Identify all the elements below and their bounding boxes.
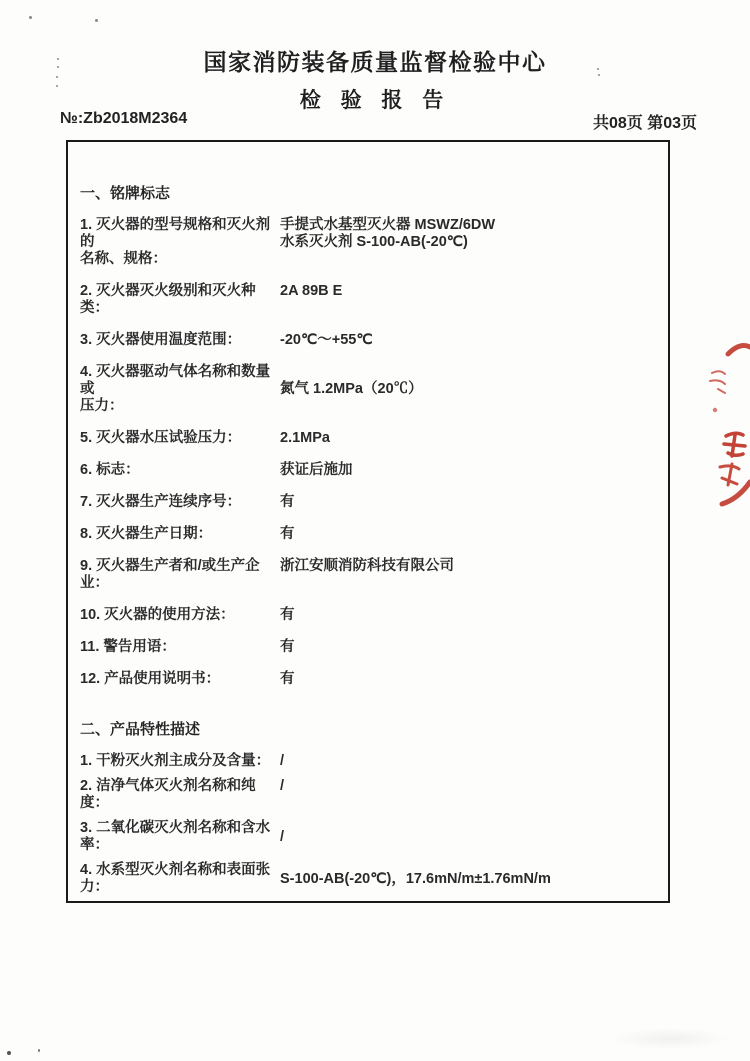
field-label: 4. 灭火器驱动气体名称和数量或 压力： xyxy=(80,364,280,415)
spec-row: 2. 洁净气体灭火剂名称和纯度： / xyxy=(80,778,656,812)
field-label: 9. 灭火器生产者和/或生产企业： xyxy=(80,558,280,592)
scan-speck xyxy=(56,76,58,78)
field-label: 1. 灭火器的型号规格和灭火剂的 名称、规格： xyxy=(80,217,280,268)
field-value: 2.1MPa xyxy=(280,430,656,447)
scan-speck xyxy=(29,16,32,19)
field-label: 3. 灭火器使用温度范围： xyxy=(80,332,280,349)
field-value: 有 xyxy=(280,494,656,511)
page-title: 国家消防装备质量监督检验中心 xyxy=(0,44,750,77)
report-header: 国家消防装备质量监督检验中心 检 验 报 告 xyxy=(0,44,750,114)
field-label: 10. 灭火器的使用方法： xyxy=(80,607,280,624)
scan-speck xyxy=(38,1049,40,1052)
field-label: 2. 灭火器灭火级别和灭火种类： xyxy=(80,283,280,317)
spec-row: 10. 灭火器的使用方法： 有 xyxy=(80,607,656,624)
report-meta: №:Zb2018M2364 共08页 第03页 xyxy=(60,110,697,133)
spec-row: 11. 警告用语： 有 xyxy=(80,639,656,656)
field-value: 获证后施加 xyxy=(280,462,656,479)
scan-speck xyxy=(598,74,600,76)
spec-row: 8. 灭火器生产日期： 有 xyxy=(80,526,656,543)
field-label: 6. 标志： xyxy=(80,462,280,479)
field-label: 7. 灭火器生产连续序号： xyxy=(80,494,280,511)
spec-row: 4. 水系型灭火剂名称和表面张 力： S-100-AB(-20℃)，17.6mN… xyxy=(80,862,656,896)
spec-row: 6. 标志： 获证后施加 xyxy=(80,462,656,479)
field-value: 手提式水基型灭火器 MSWZ/6DW 水系灭火剂 S-100-AB(-20℃) xyxy=(280,217,656,268)
red-seal-stamp-fragment xyxy=(698,332,750,517)
field-value: / xyxy=(280,753,656,770)
spec-row: 2. 灭火器灭火级别和灭火种类： 2A 89B E xyxy=(80,283,656,317)
spec-row: 1. 灭火器的型号规格和灭火剂的 名称、规格： 手提式水基型灭火器 MSWZ/6… xyxy=(80,217,656,268)
spec-row: 1. 干粉灭火剂主成分及含量： / xyxy=(80,753,656,770)
field-label: 4. 水系型灭火剂名称和表面张 力： xyxy=(80,862,280,896)
field-value: 有 xyxy=(280,607,656,624)
spec-row: 5. 灭火器水压试验压力： 2.1MPa xyxy=(80,430,656,447)
field-label: 8. 灭火器生产日期： xyxy=(80,526,280,543)
field-value: 氮气 1.2MPa（20℃） xyxy=(280,381,656,398)
scan-speck xyxy=(57,58,59,60)
page-counter: 共08页 第03页 xyxy=(593,110,697,133)
report-number: №:Zb2018M2364 xyxy=(60,110,187,133)
section-nameplate: 一、铭牌标志 1. 灭火器的型号规格和灭火剂的 名称、规格： 手提式水基型灭火器… xyxy=(80,182,656,688)
scan-speck xyxy=(57,66,59,68)
spec-row: 3. 灭火器使用温度范围： -20℃～+55℃ xyxy=(80,332,656,349)
field-label: 3. 二氧化碳灭火剂名称和含水 率： xyxy=(80,820,280,854)
scan-speck xyxy=(56,85,58,87)
field-label: 11. 警告用语： xyxy=(80,639,280,656)
field-value: S-100-AB(-20℃)，17.6mN/m±1.76mN/m xyxy=(280,871,656,888)
spec-row: 3. 二氧化碳灭火剂名称和含水 率： / xyxy=(80,820,656,854)
field-label: 2. 洁净气体灭火剂名称和纯度： xyxy=(80,778,280,812)
field-value: 有 xyxy=(280,639,656,656)
scan-smudge xyxy=(610,1028,730,1050)
spec-row: 4. 灭火器驱动气体名称和数量或 压力： 氮气 1.2MPa（20℃） xyxy=(80,364,656,415)
section-heading: 二、产品特性描述 xyxy=(80,718,656,739)
field-value: 有 xyxy=(280,671,656,688)
section-product-characteristics: 二、产品特性描述 1. 干粉灭火剂主成分及含量： / 2. 洁净气体灭火剂名称和… xyxy=(80,718,656,903)
field-value: 有 xyxy=(280,526,656,543)
field-value: / xyxy=(280,829,656,846)
spec-row: 7. 灭火器生产连续序号： 有 xyxy=(80,494,656,511)
field-label: 5. 灭火器水压试验压力： xyxy=(80,430,280,447)
field-value: / xyxy=(280,778,656,812)
scan-speck xyxy=(95,19,98,22)
spec-table: 一、铭牌标志 1. 灭火器的型号规格和灭火剂的 名称、规格： 手提式水基型灭火器… xyxy=(66,140,670,903)
field-value: 浙江安顺消防科技有限公司 xyxy=(280,558,656,592)
field-label: 1. 干粉灭火剂主成分及含量： xyxy=(80,753,280,770)
field-label: 12. 产品使用说明书： xyxy=(80,671,280,688)
scan-speck xyxy=(597,68,599,70)
spec-row: 12. 产品使用说明书： 有 xyxy=(80,671,656,688)
field-value: -20℃～+55℃ xyxy=(280,332,656,349)
section-heading: 一、铭牌标志 xyxy=(80,182,656,203)
field-value: 2A 89B E xyxy=(280,283,656,317)
scan-speck xyxy=(7,1051,11,1055)
spec-row: 9. 灭火器生产者和/或生产企业： 浙江安顺消防科技有限公司 xyxy=(80,558,656,592)
